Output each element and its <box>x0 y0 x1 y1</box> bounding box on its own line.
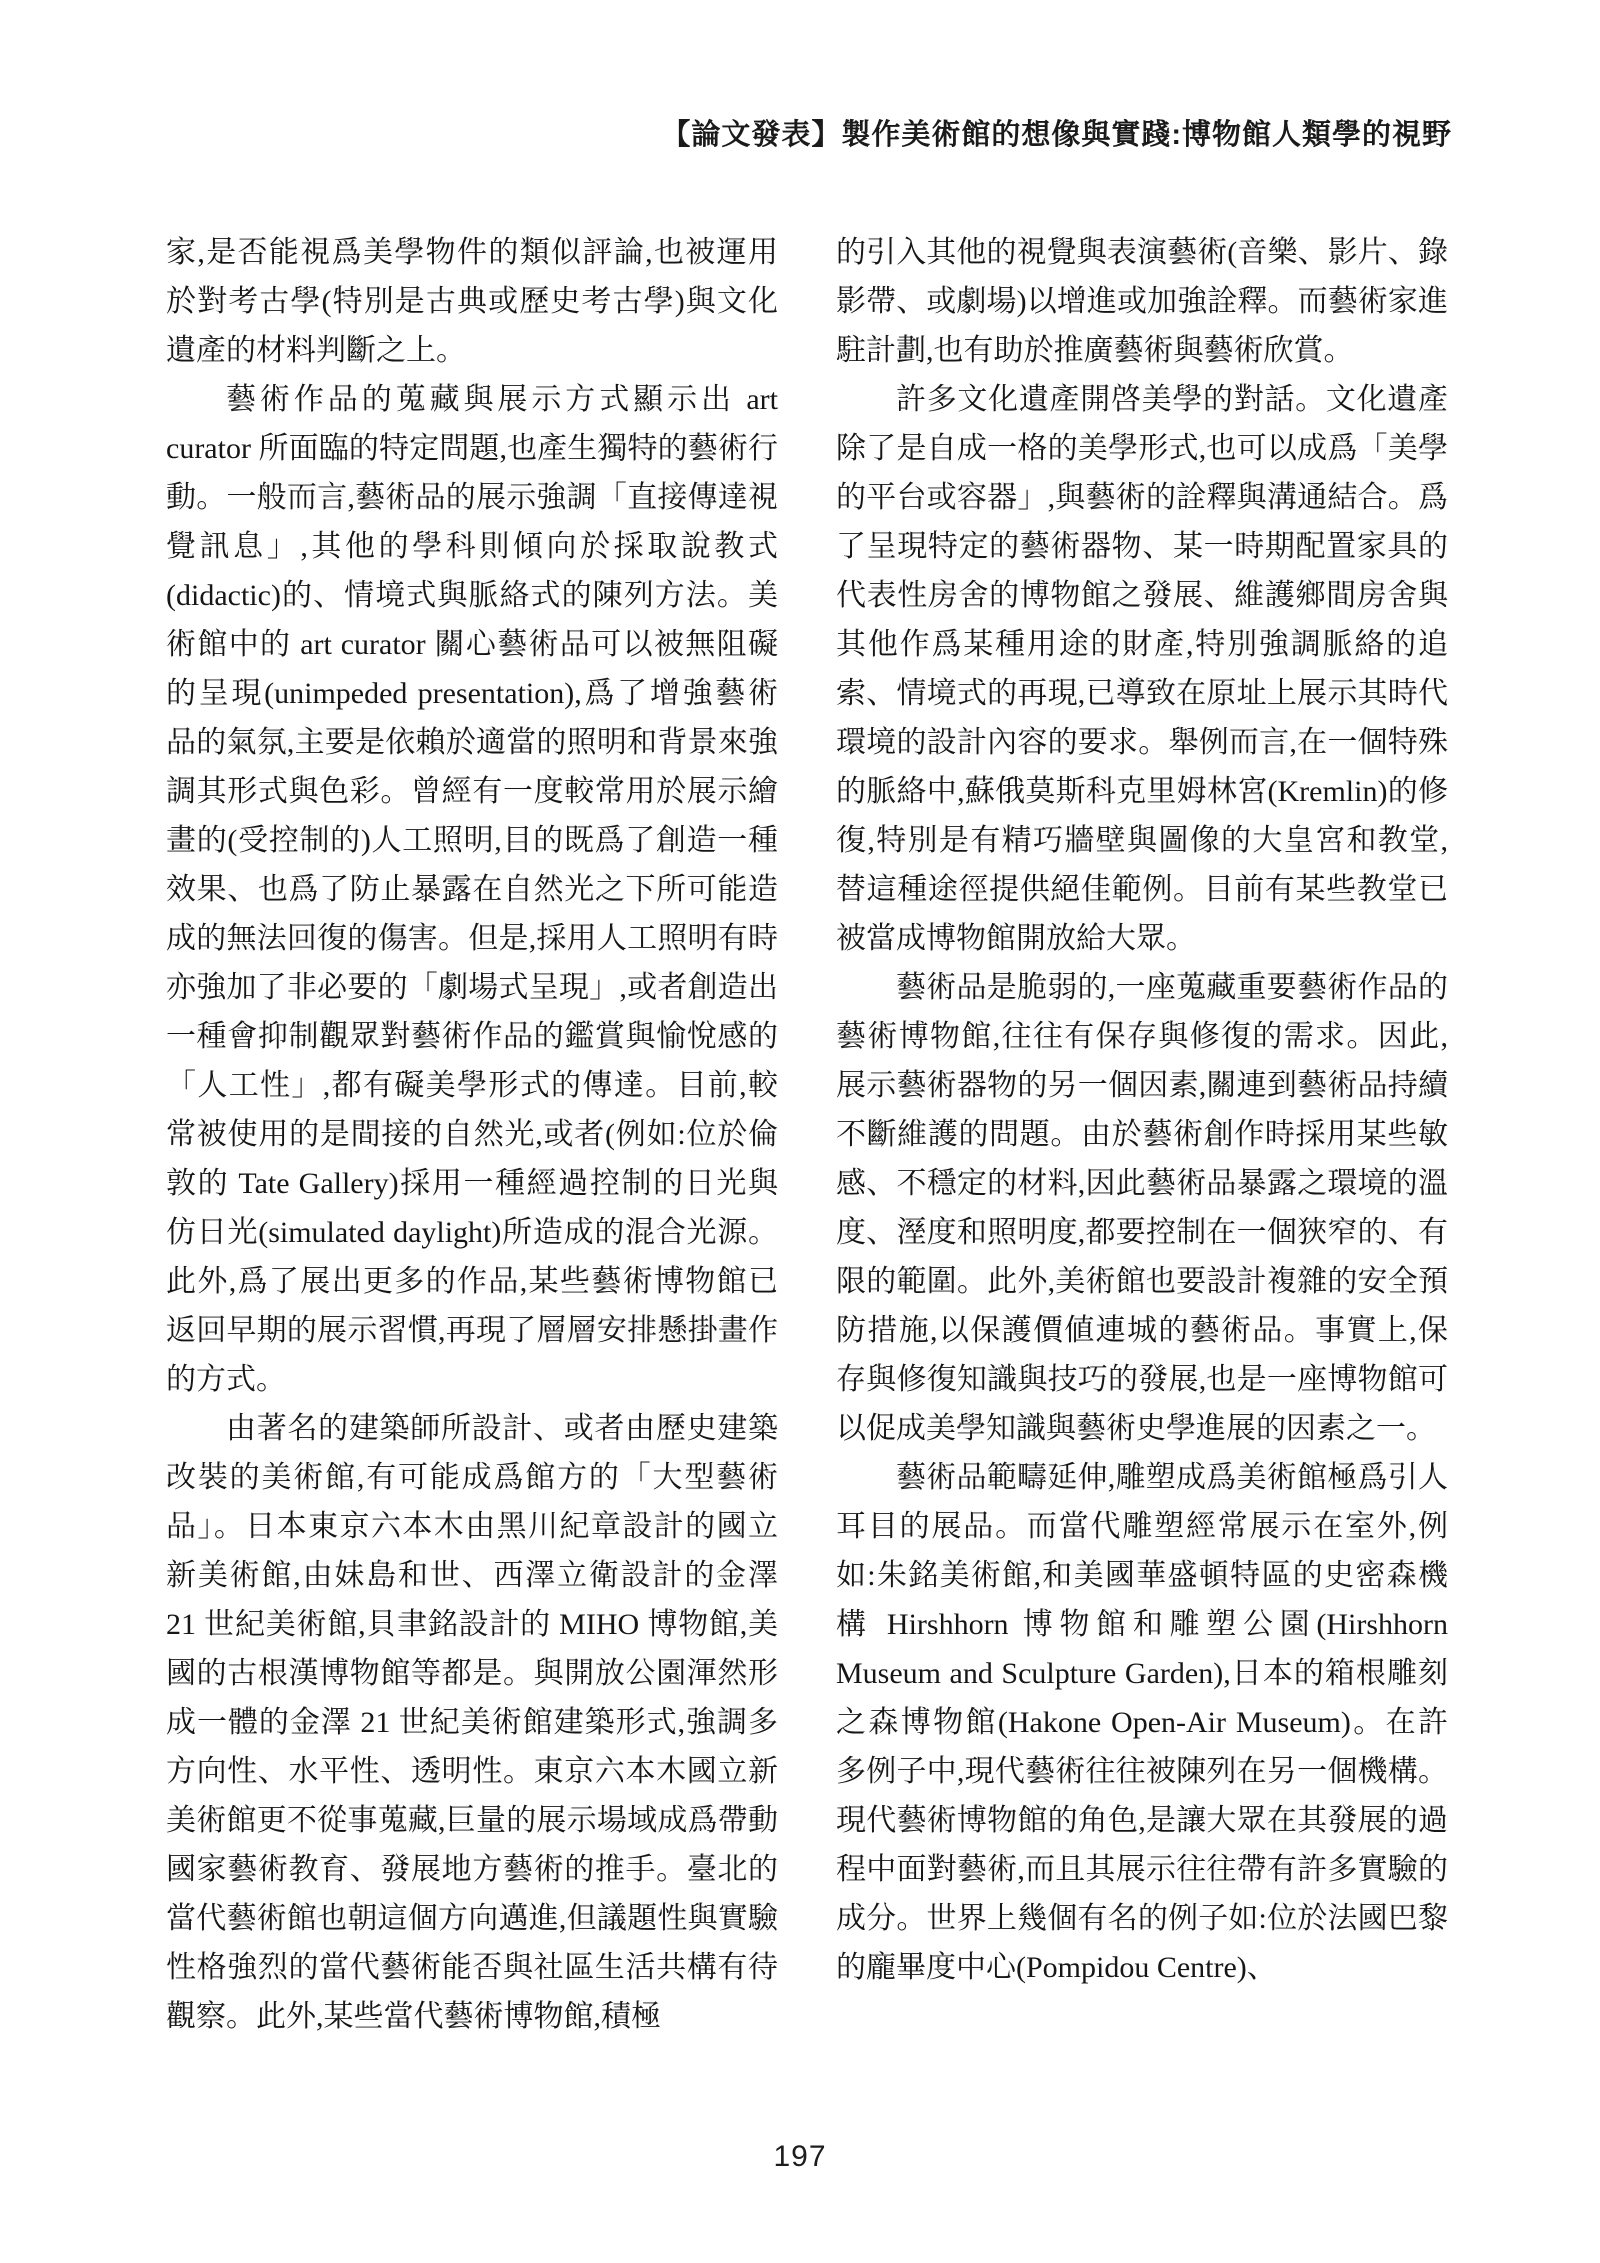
running-header: 【論文發表】製作美術館的想像與實踐:博物館人類學的視野 <box>661 112 1452 153</box>
paragraph: 藝術作品的蒐藏與展示方式顯示出 art curator 所面臨的特定問題,也產生… <box>166 375 778 1404</box>
paragraph: 許多文化遺產開啓美學的對話。文化遺產除了是自成一格的美學形式,也可以成爲「美學的… <box>836 375 1448 963</box>
left-column: 家,是否能視爲美學物件的類似評論,也被運用於對考古學(特別是古典或歷史考古學)與… <box>166 228 778 2041</box>
paragraph-continuation: 家,是否能視爲美學物件的類似評論,也被運用於對考古學(特別是古典或歷史考古學)與… <box>166 228 778 375</box>
paragraph-continuation: 的引入其他的視覺與表演藝術(音樂、影片、錄影帶、或劇場)以增進或加強詮釋。而藝術… <box>836 228 1448 375</box>
paragraph: 藝術品是脆弱的,一座蒐藏重要藝術作品的藝術博物館,往往有保存與修復的需求。因此,… <box>836 963 1448 1453</box>
page-number: 197 <box>0 2140 1600 2174</box>
paragraph: 藝術品範疇延伸,雕塑成爲美術館極爲引人耳目的展品。而當代雕塑經常展示在室外,例如… <box>836 1453 1448 1992</box>
document-page: 【論文發表】製作美術館的想像與實踐:博物館人類學的視野 家,是否能視爲美學物件的… <box>0 0 1600 2263</box>
paragraph: 由著名的建築師所設計、或者由歷史建築改裝的美術館,有可能成爲館方的「大型藝術品」… <box>166 1404 778 2041</box>
right-column: 的引入其他的視覺與表演藝術(音樂、影片、錄影帶、或劇場)以增進或加強詮釋。而藝術… <box>836 228 1448 1992</box>
